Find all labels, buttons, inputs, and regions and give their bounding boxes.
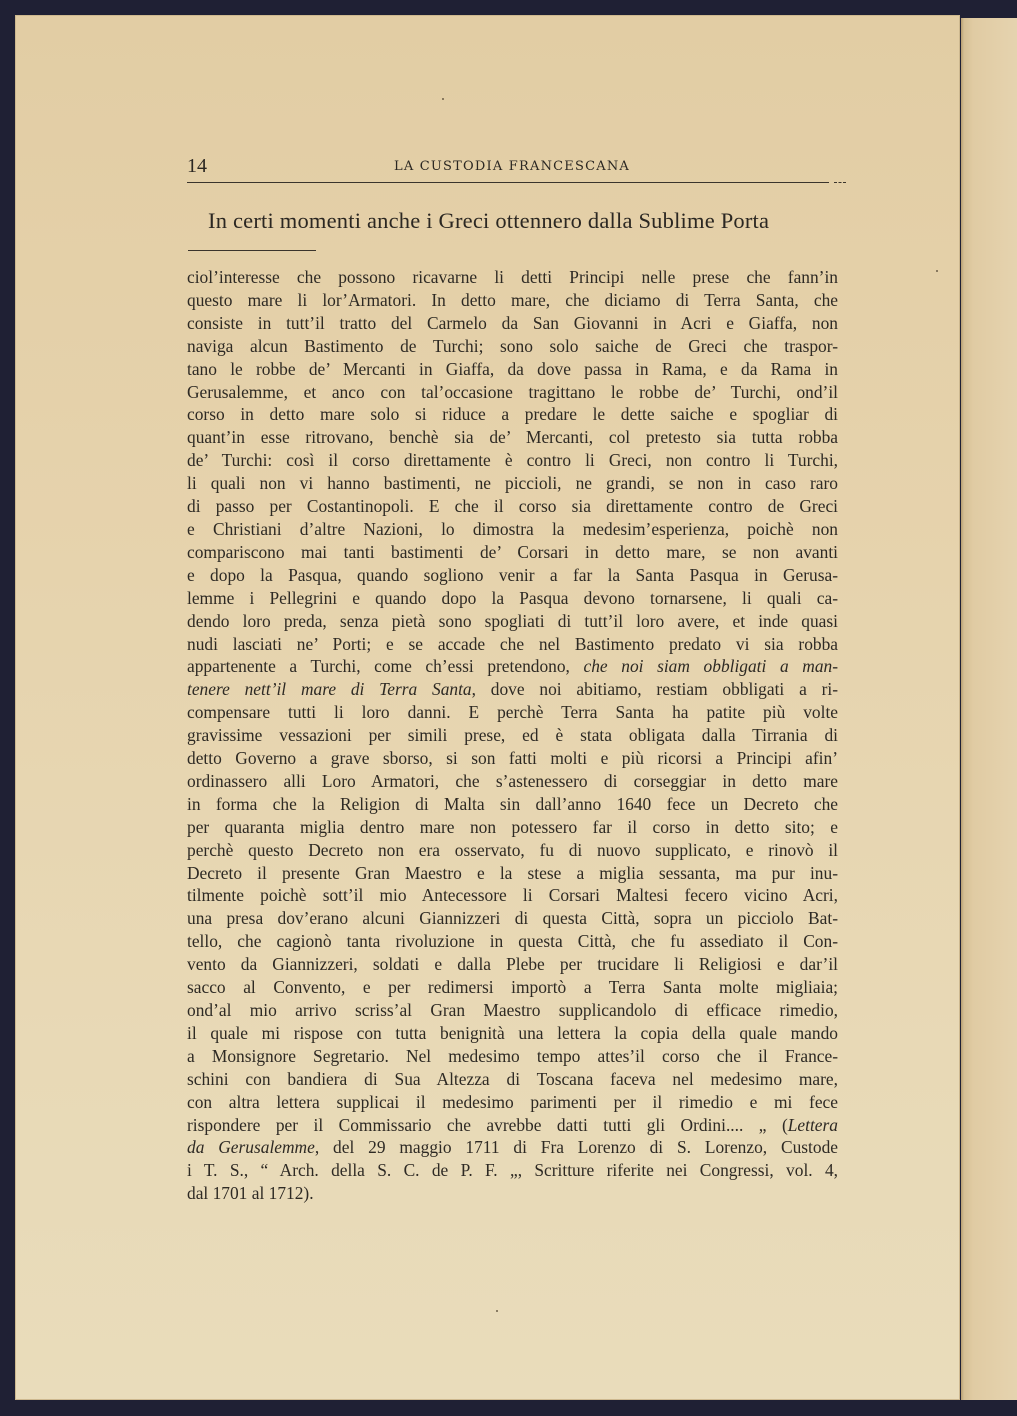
text-run: di passo per Costantinopoli. E che il co…: [187, 496, 838, 516]
footnote-line: nudi lasciati ne’ Porti; e se accade che…: [187, 633, 838, 656]
text-run: e Christiani d’altre Nazioni, lo dimostr…: [187, 519, 838, 539]
footnote-line: naviga alcun Bastimento de Turchi; sono …: [187, 335, 838, 358]
text-run: schini con bandiera di Sua Altezza di To…: [187, 1069, 838, 1089]
text-run: sacco al Convento, e per redimersi impor…: [187, 977, 838, 997]
text-run: con altra lettera supplicai il medesimo …: [187, 1092, 838, 1112]
footnote-line: e Christiani d’altre Nazioni, lo dimostr…: [187, 518, 838, 541]
footnote-line: tenere nett’il mare di Terra Santa, dove…: [187, 678, 838, 701]
text-run: compensare tutti li loro danni. E perchè…: [187, 702, 838, 722]
italic-text: che noi siam obbligati a man-: [584, 656, 839, 676]
text-run: ciol’interesse che possono ricavarne li …: [187, 267, 838, 287]
footnote-line: compariscono mai tanti bastimenti de’ Co…: [187, 541, 838, 564]
text-run: e dopo la Pasqua, quando sogliono venir …: [187, 565, 838, 585]
footnote-line: li quali non vi hanno bastimenti, ne pic…: [187, 472, 838, 495]
footnote-line: lemme i Pellegrini e quando dopo la Pasq…: [187, 587, 838, 610]
footnote-line: una presa dov’erano alcuni Giannizzeri d…: [187, 907, 838, 930]
footnote-line: Gerusalemme, et anco con tal’occasione t…: [187, 381, 838, 404]
text-run: consiste in tutt’il tratto del Carmelo d…: [187, 313, 838, 333]
footnote-line: compensare tutti li loro danni. E perchè…: [187, 701, 838, 724]
footnote-line: i T. S., “ Arch. della S. C. de P. F. „,…: [187, 1159, 838, 1182]
text-run: appartenente a Turchi, come ch’essi pret…: [187, 656, 584, 676]
footnote-line: questo mare li lor’Armatori. In detto ma…: [187, 289, 838, 312]
footnote-line: di passo per Costantinopoli. E che il co…: [187, 495, 838, 518]
footnote-line: consiste in tutt’il tratto del Carmelo d…: [187, 312, 838, 335]
text-run: ond’al mio arrivo scriss’al Gran Maestro…: [187, 1000, 838, 1020]
text-run: compariscono mai tanti bastimenti de’ Co…: [187, 542, 838, 562]
footnote-line: schini con bandiera di Sua Altezza di To…: [187, 1068, 838, 1091]
footnote-line: ond’al mio arrivo scriss’al Gran Maestro…: [187, 999, 838, 1022]
running-title: LA CUSTODIA FRANCESCANA: [187, 159, 837, 174]
paper-speck: [442, 98, 444, 100]
footnote-line: dal 1701 al 1712).: [187, 1182, 838, 1205]
footnote-line: in forma che la Religion di Malta sin da…: [187, 793, 838, 816]
text-run: rispondere per il Commissario che avrebb…: [187, 1115, 788, 1135]
footnote-line: Decreto il presente Gran Maestro e la st…: [187, 862, 838, 885]
text-run: tello, che cagionò tanta rivoluzione in …: [187, 931, 838, 951]
footnote-line: quant’in esse ritrovano, benchè sia de’ …: [187, 426, 838, 449]
text-run: perchè questo Decreto non era osservato,…: [187, 840, 838, 860]
footnote-line: vento da Giannizzeri, soldati e dalla Pl…: [187, 953, 838, 976]
footnote-separator: [188, 250, 316, 251]
text-run: i T. S., “ Arch. della S. C. de P. F. „,…: [187, 1160, 838, 1180]
text-run: , del 29 maggio 1711 di Fra Lorenzo di S…: [315, 1137, 838, 1157]
text-run: li quali non vi hanno bastimenti, ne pic…: [187, 473, 838, 493]
paper-speck: [496, 1310, 498, 1312]
text-run: de’ Turchi: così il corso direttamente è…: [187, 450, 838, 470]
footnote-line: con altra lettera supplicai il medesimo …: [187, 1091, 838, 1114]
text-run: vento da Giannizzeri, soldati e dalla Pl…: [187, 954, 838, 974]
footnote-line: e dopo la Pasqua, quando sogliono venir …: [187, 564, 838, 587]
footnote-line: corso in detto mare solo si riduce a pre…: [187, 403, 838, 426]
text-run: in forma che la Religion di Malta sin da…: [187, 794, 838, 814]
italic-text: tenere nett’il mare di Terra Santa: [187, 679, 472, 699]
body-text-line: In certi momenti anche i Greci ottennero…: [208, 208, 769, 234]
text-run: una presa dov’erano alcuni Giannizzeri d…: [187, 908, 838, 928]
footnote-line: dendo loro preda, senza pietà sono spogl…: [187, 610, 838, 633]
text-run: il quale mi rispose con tutta benignità …: [187, 1023, 838, 1043]
text-run: ordinassero alli Loro Armatori, che s’as…: [187, 771, 838, 791]
text-run: Gerusalemme, et anco con tal’occasione t…: [187, 382, 838, 402]
paper-speck: [936, 270, 938, 272]
adjacent-page-edge: [961, 18, 1017, 1400]
footnote-block: ciol’interesse che possono ricavarne li …: [187, 266, 838, 1205]
footnote-line: il quale mi rispose con tutta benignità …: [187, 1022, 838, 1045]
footnote-line: da Gerusalemme, del 29 maggio 1711 di Fr…: [187, 1136, 838, 1159]
text-run: questo mare li lor’Armatori. In detto ma…: [187, 290, 838, 310]
text-run: quant’in esse ritrovano, benchè sia de’ …: [187, 427, 838, 447]
footnote-line: rispondere per il Commissario che avrebb…: [187, 1114, 838, 1137]
text-run: lemme i Pellegrini e quando dopo la Pasq…: [187, 588, 838, 608]
footnote-line: detto Governo a grave sborso, si son fat…: [187, 747, 838, 770]
running-header: 14 LA CUSTODIA FRANCESCANA: [187, 155, 837, 181]
footnote-line: a Monsignore Segretario. Nel medesimo te…: [187, 1045, 838, 1068]
text-run: per quaranta miglia dentro mare non pote…: [187, 817, 838, 837]
text-run: Decreto il presente Gran Maestro e la st…: [187, 863, 838, 883]
footnote-line: perchè questo Decreto non era osservato,…: [187, 839, 838, 862]
footnote-line: ordinassero alli Loro Armatori, che s’as…: [187, 770, 838, 793]
footnote-line: tano le robbe de’ Mercanti in Giaffa, da…: [187, 358, 838, 381]
text-run: detto Governo a grave sborso, si son fat…: [187, 748, 838, 768]
footnote-line: tilmente poichè sott’il mio Antecessore …: [187, 884, 838, 907]
italic-text: Lettera: [788, 1115, 838, 1135]
footnote-line: sacco al Convento, e per redimersi impor…: [187, 976, 838, 999]
text-run: tilmente poichè sott’il mio Antecessore …: [187, 885, 838, 905]
footnote-line: de’ Turchi: così il corso direttamente è…: [187, 449, 838, 472]
text-run: tano le robbe de’ Mercanti in Giaffa, da…: [187, 359, 838, 379]
text-run: a Monsignore Segretario. Nel medesimo te…: [187, 1046, 838, 1066]
text-run: dendo loro preda, senza pietà sono spogl…: [187, 611, 838, 631]
footnote-line: appartenente a Turchi, come ch’essi pret…: [187, 655, 838, 678]
italic-text: da Gerusalemme: [187, 1137, 315, 1157]
footnote-line: ciol’interesse che possono ricavarne li …: [187, 266, 838, 289]
text-run: nudi lasciati ne’ Porti; e se accade che…: [187, 634, 838, 654]
footnote-line: per quaranta miglia dentro mare non pote…: [187, 816, 838, 839]
header-rule: [187, 182, 829, 183]
text-run: gravissime vessazioni per simili prese, …: [187, 725, 838, 745]
footnote-line: tello, che cagionò tanta rivoluzione in …: [187, 930, 838, 953]
text-run: dal 1701 al 1712).: [187, 1183, 314, 1203]
text-run: naviga alcun Bastimento de Turchi; sono …: [187, 336, 838, 356]
text-run: corso in detto mare solo si riduce a pre…: [187, 404, 838, 424]
text-run: , dove noi abitiamo, restiam obbligati a…: [472, 679, 838, 699]
header-rule-tail: [834, 182, 846, 183]
footnote-line: gravissime vessazioni per simili prese, …: [187, 724, 838, 747]
